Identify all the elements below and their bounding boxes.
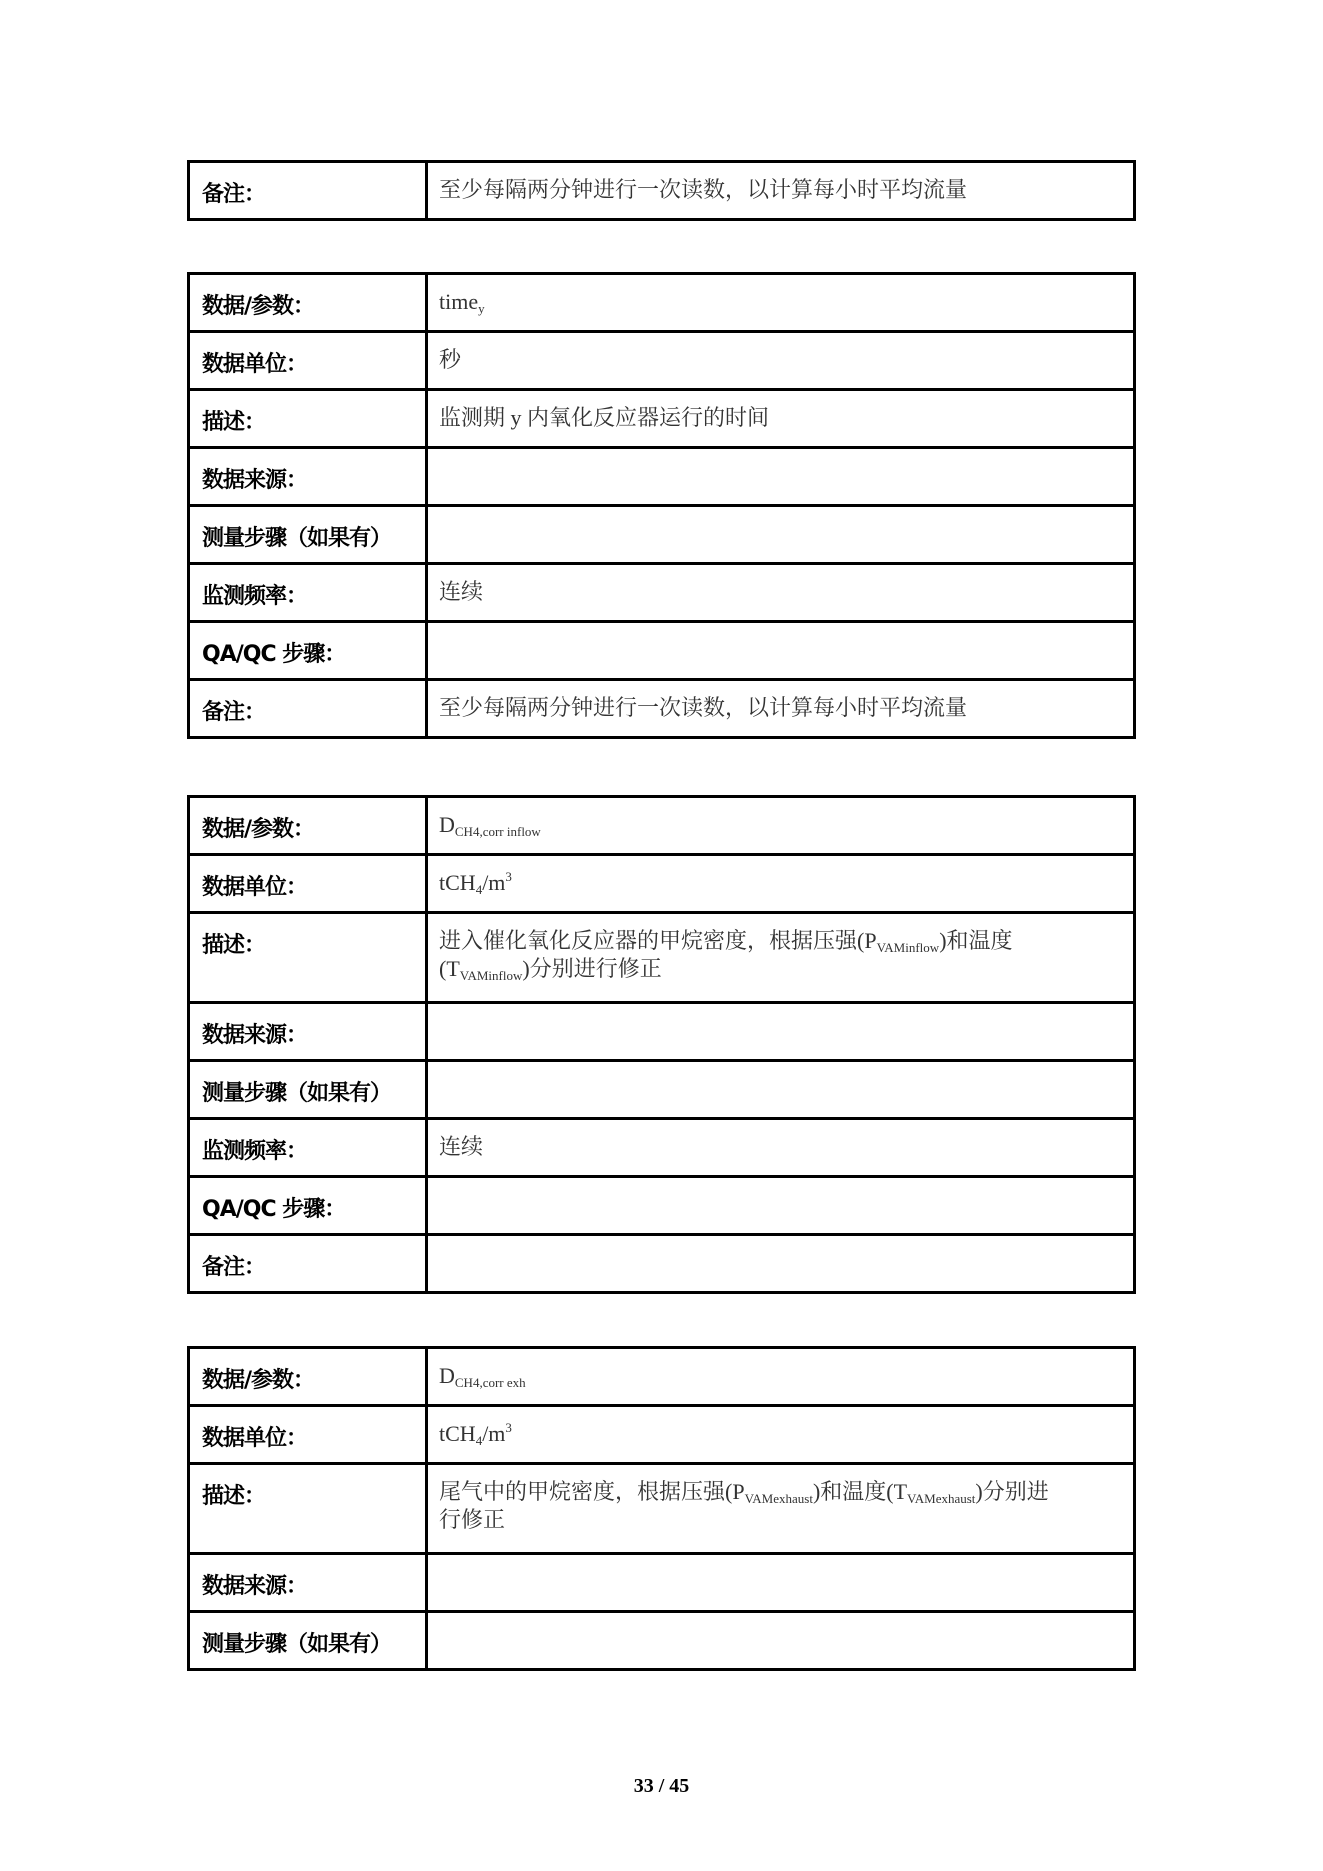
row-label: 监测频率： <box>189 1119 427 1177</box>
row-value <box>427 448 1135 506</box>
row-value <box>427 1003 1135 1061</box>
row-value: DCH4,corr inflow <box>427 797 1135 855</box>
row-value: 连续 <box>427 564 1135 622</box>
row-value <box>427 622 1135 680</box>
parameter-symbol: D <box>439 1363 455 1388</box>
description-text: )和温度 <box>939 928 1012 953</box>
row-label: 描述： <box>189 1464 427 1554</box>
row-value: 至少每隔两分钟进行一次读数，以计算每小时平均流量 <box>427 680 1135 738</box>
row-label: 测量步骤（如果有） <box>189 1612 427 1670</box>
row-value: 监测期 y 内氧化反应器运行的时间 <box>427 390 1135 448</box>
table-row-description: 描述： 进入催化氧化反应器的甲烷密度，根据压强(PVAMinflow)和温度(T… <box>189 913 1135 1003</box>
description-text: 进入催化氧化反应器的甲烷密度，根据压强(P <box>439 928 877 953</box>
description-subscript: VAMexhaust <box>907 1491 975 1506</box>
row-label: 数据来源： <box>189 448 427 506</box>
unit-text: tCH <box>439 1421 476 1446</box>
table-row-description: 描述： 监测期 y 内氧化反应器运行的时间 <box>189 390 1135 448</box>
table-row-qaqc: QA/QC 步骤： <box>189 622 1135 680</box>
parameter-subscript: CH4,corr exh <box>455 1375 526 1390</box>
page-number: 33 / 45 <box>0 1775 1323 1798</box>
row-label: 数据单位： <box>189 1406 427 1464</box>
description-text: )分别进行修正 <box>522 956 661 981</box>
row-value <box>427 1235 1135 1293</box>
table-row-remarks: 备注： 至少每隔两分钟进行一次读数，以计算每小时平均流量 <box>189 680 1135 738</box>
row-value <box>427 1612 1135 1670</box>
table-row-measurement-procedure: 测量步骤（如果有） <box>189 1612 1135 1670</box>
row-value: DCH4,corr exh <box>427 1348 1135 1406</box>
table-row-parameter: 数据/参数： DCH4,corr exh <box>189 1348 1135 1406</box>
table-row-monitoring-frequency: 监测频率： 连续 <box>189 1119 1135 1177</box>
row-value: timey <box>427 274 1135 332</box>
row-label: 数据来源： <box>189 1003 427 1061</box>
row-value <box>427 1177 1135 1235</box>
row-value: tCH4/m3 <box>427 1406 1135 1464</box>
description-text: )分别进 <box>975 1479 1048 1504</box>
parameter-table-time-y: 数据/参数： timey 数据单位： 秒 描述： 监测期 y 内氧化反应器运行的… <box>187 272 1136 739</box>
row-label: 备注： <box>189 680 427 738</box>
table-row-unit: 数据单位： tCH4/m3 <box>189 855 1135 913</box>
table-row-remarks: 备注： 至少每隔两分钟进行一次读数，以计算每小时平均流量 <box>189 162 1135 220</box>
table-row-remarks: 备注： <box>189 1235 1135 1293</box>
row-label: 数据单位： <box>189 855 427 913</box>
table-row-parameter: 数据/参数： DCH4,corr inflow <box>189 797 1135 855</box>
parameter-table-dch4-inflow: 数据/参数： DCH4,corr inflow 数据单位： tCH4/m3 描述… <box>187 795 1136 1294</box>
table-row-unit: 数据单位： 秒 <box>189 332 1135 390</box>
table-row-monitoring-frequency: 监测频率： 连续 <box>189 564 1135 622</box>
row-label: 测量步骤（如果有） <box>189 1061 427 1119</box>
table-row-measurement-procedure: 测量步骤（如果有） <box>189 506 1135 564</box>
row-label: 数据来源： <box>189 1554 427 1612</box>
parameter-subscript: y <box>478 301 485 316</box>
parameter-table-dch4-exhaust: 数据/参数： DCH4,corr exh 数据单位： tCH4/m3 描述： 尾… <box>187 1346 1136 1671</box>
table-row-data-source: 数据来源： <box>189 1554 1135 1612</box>
row-value: 连续 <box>427 1119 1135 1177</box>
description-subscript: VAMinflow <box>460 968 523 983</box>
description-text: 尾气中的甲烷密度，根据压强(P <box>439 1479 745 1504</box>
row-label: 数据/参数： <box>189 797 427 855</box>
row-value: 至少每隔两分钟进行一次读数，以计算每小时平均流量 <box>427 162 1135 220</box>
row-label: 测量步骤（如果有） <box>189 506 427 564</box>
row-label: QA/QC 步骤： <box>189 1177 427 1235</box>
table-row-qaqc: QA/QC 步骤： <box>189 1177 1135 1235</box>
parameter-symbol: time <box>439 289 478 314</box>
table-row-data-source: 数据来源： <box>189 1003 1135 1061</box>
unit-superscript: 3 <box>505 1420 512 1435</box>
row-label: 描述： <box>189 913 427 1003</box>
table-row-data-source: 数据来源： <box>189 448 1135 506</box>
row-label: 数据单位： <box>189 332 427 390</box>
row-label: 数据/参数： <box>189 1348 427 1406</box>
parameter-table-1: 备注： 至少每隔两分钟进行一次读数，以计算每小时平均流量 <box>187 160 1136 221</box>
table-row-unit: 数据单位： tCH4/m3 <box>189 1406 1135 1464</box>
parameter-symbol: D <box>439 812 455 837</box>
row-value: 秒 <box>427 332 1135 390</box>
row-label: 监测频率： <box>189 564 427 622</box>
row-value: 进入催化氧化反应器的甲烷密度，根据压强(PVAMinflow)和温度(TVAMi… <box>427 913 1135 1003</box>
row-label: QA/QC 步骤： <box>189 622 427 680</box>
row-label: 数据/参数： <box>189 274 427 332</box>
unit-text: tCH <box>439 870 476 895</box>
row-value <box>427 1554 1135 1612</box>
row-value: 尾气中的甲烷密度，根据压强(PVAMexhaust)和温度(TVAMexhaus… <box>427 1464 1135 1554</box>
description-text: 行修正 <box>439 1507 505 1532</box>
row-label: 备注： <box>189 1235 427 1293</box>
row-value <box>427 506 1135 564</box>
description-text: (T <box>439 956 460 981</box>
table-row-parameter: 数据/参数： timey <box>189 274 1135 332</box>
row-value <box>427 1061 1135 1119</box>
row-label: 描述： <box>189 390 427 448</box>
unit-superscript: 3 <box>505 869 512 884</box>
unit-text: /m <box>482 1421 505 1446</box>
description-subscript: VAMexhaust <box>745 1491 813 1506</box>
parameter-subscript: CH4,corr inflow <box>455 824 541 839</box>
row-label: 备注： <box>189 162 427 220</box>
unit-text: /m <box>482 870 505 895</box>
description-text: )和温度(T <box>813 1479 907 1504</box>
description-subscript: VAMinflow <box>877 940 940 955</box>
row-value: tCH4/m3 <box>427 855 1135 913</box>
table-row-description: 描述： 尾气中的甲烷密度，根据压强(PVAMexhaust)和温度(TVAMex… <box>189 1464 1135 1554</box>
table-row-measurement-procedure: 测量步骤（如果有） <box>189 1061 1135 1119</box>
